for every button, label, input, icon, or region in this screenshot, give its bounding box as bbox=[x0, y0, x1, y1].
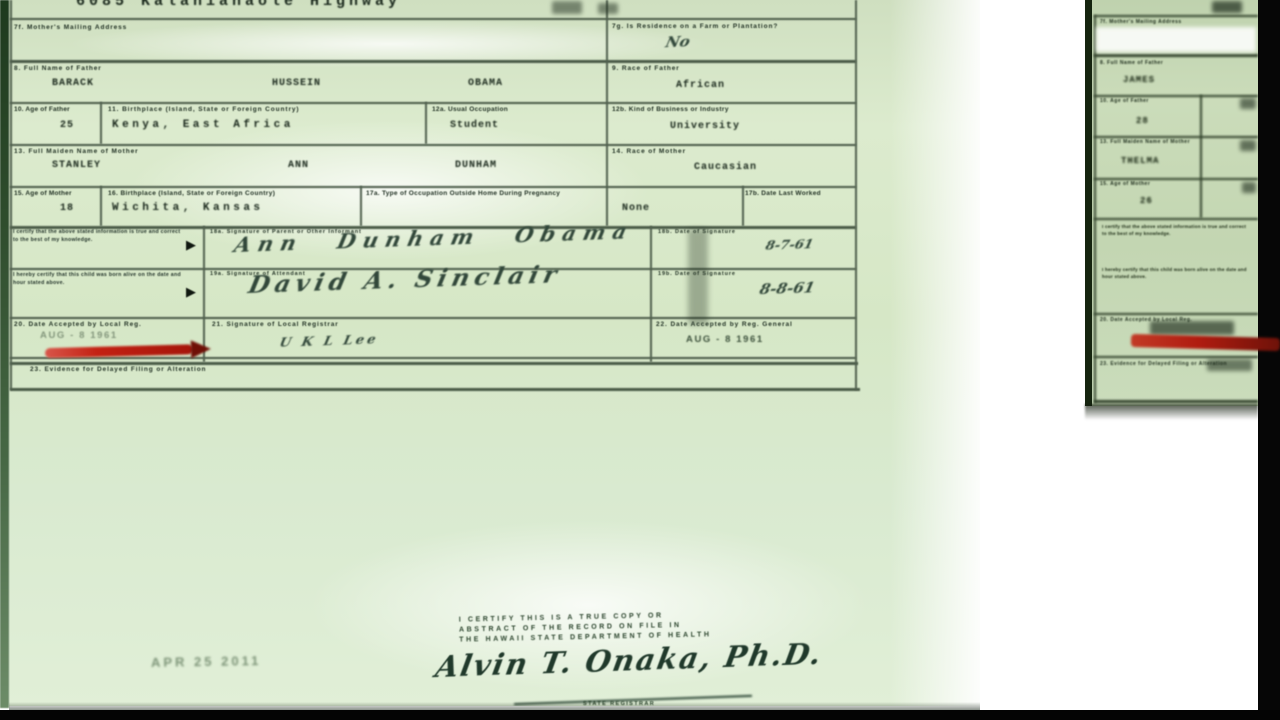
attendant-certification-text: I hereby certify that this child was bor… bbox=[13, 272, 187, 288]
field-label-mother-birthplace: 16. Birthplace (Island, State or Foreign… bbox=[108, 190, 275, 197]
field-label-mother-age: 15. Age of Mother bbox=[14, 190, 72, 197]
father-last-name: OBAMA bbox=[468, 78, 503, 89]
mother-age-value: 26 bbox=[1140, 196, 1153, 206]
field-label-father-name: 8. Full Name of Father bbox=[14, 65, 102, 72]
field-smudge bbox=[1240, 98, 1256, 109]
mother-birthplace-value: Wichita, Kansas bbox=[112, 202, 264, 214]
field-label-date-accepted-local: 20. Date Accepted by Local Reg. bbox=[14, 321, 142, 328]
field-label-mother-name: 13. Full Maiden Name of Mother bbox=[14, 148, 139, 155]
father-industry-value: University bbox=[670, 121, 740, 132]
field-label-evidence-delayed-filing: 23. Evidence for Delayed Filing or Alter… bbox=[30, 366, 206, 373]
father-first-name: JAMES bbox=[1123, 75, 1155, 85]
father-age-value: 25 bbox=[60, 120, 74, 131]
field-label-mother-occupation: 17a. Type of Occupation Outside Home Dur… bbox=[366, 190, 560, 197]
field-label-mothers-mailing-address: 7f. Mother's Mailing Address bbox=[14, 24, 127, 31]
farm-answer-handwriting: No bbox=[664, 32, 692, 51]
mother-last-name: DUNHAM bbox=[455, 160, 497, 171]
mother-occupation-value: None bbox=[622, 203, 650, 214]
field-label-date-last-worked: 17b. Date Last Worked bbox=[745, 190, 821, 197]
father-occupation-value: Student bbox=[450, 120, 499, 131]
red-arrow-head bbox=[191, 340, 211, 359]
video-frame: 6085 Kalanianaole Highway 7f. Mother's M… bbox=[0, 0, 1280, 720]
attendant-signature-handwriting: David A. Sinclair bbox=[246, 259, 565, 299]
field-smudge bbox=[1242, 182, 1256, 193]
field-label-father-industry: 12b. Kind of Business or Industry bbox=[612, 106, 729, 113]
certificate-number-smudge bbox=[1212, 1, 1242, 13]
attendant-date-handwriting: 8-8-61 bbox=[758, 278, 816, 298]
handwriting-smudge bbox=[598, 3, 618, 14]
local-registrar-signature-handwriting: U K L Lee bbox=[278, 333, 380, 351]
field-smudge bbox=[1240, 140, 1256, 151]
field-label-father-birthplace: 11. Birthplace (Island, State or Foreign… bbox=[108, 106, 299, 113]
field-label-father-name: 8. Full Name of Father bbox=[1100, 60, 1163, 66]
field-label-father-age: 10. Age of Father bbox=[14, 106, 70, 113]
stamp-bleed-smudge bbox=[688, 229, 708, 325]
red-arrow-shaft bbox=[45, 344, 193, 358]
father-middle-name: HUSSEIN bbox=[272, 78, 321, 89]
field-label-father-occupation: 12a. Usual Occupation bbox=[432, 106, 508, 113]
letterbox-bottom-bar bbox=[0, 710, 1280, 720]
arrow-marker-icon: ▶ bbox=[186, 238, 196, 251]
paper-bottom-shadow bbox=[9, 702, 980, 710]
comparison-doc-bottom-shadow bbox=[1085, 404, 1258, 420]
true-copy-certification-stamp: I CERTIFY THIS IS A TRUE COPY OR ABSTRAC… bbox=[459, 610, 712, 645]
reg-general-date-stamp: AUG - 8 1961 bbox=[686, 334, 764, 345]
field-label-mother-name: 13. Full Maiden Name of Mother bbox=[1100, 139, 1190, 145]
date-stamp-smudge bbox=[1150, 321, 1234, 335]
informant-date-handwriting: 8-7-61 bbox=[764, 237, 815, 254]
paper-edge-fade bbox=[890, 0, 980, 706]
street-address-value: 6085 Kalanianaole Highway bbox=[76, 0, 401, 10]
father-age-value: 28 bbox=[1136, 116, 1149, 126]
field-label-mothers-mailing-address: 7f. Mother's Mailing Address bbox=[1100, 19, 1182, 25]
mother-middle-name: ANN bbox=[288, 160, 309, 171]
attendant-certification-text: I hereby certify that this child was bor… bbox=[1102, 266, 1252, 280]
field-label-date-accepted-general: 22. Date Accepted by Reg. General bbox=[656, 321, 793, 328]
certification-date-stamp: APR 25 2011 bbox=[151, 653, 262, 670]
mother-age-value: 18 bbox=[60, 203, 74, 214]
field-label-mother-race: 14. Race of Mother bbox=[612, 148, 686, 155]
blank-field-highlight bbox=[1096, 27, 1256, 52]
field-label-farm-or-plantation: 7g. Is Residence on a Farm or Plantation… bbox=[612, 23, 778, 30]
informant-certification-text: I certify that the above stated informat… bbox=[1102, 223, 1252, 237]
letterbox-right-bar bbox=[1258, 0, 1280, 720]
field-label-local-registrar-signature: 21. Signature of Local Registrar bbox=[212, 321, 339, 328]
field-label-father-age: 10. Age of Father bbox=[1100, 98, 1149, 104]
mother-first-name: THELMA bbox=[1121, 156, 1159, 166]
scan-left-edge bbox=[0, 0, 9, 708]
mother-race-value: Caucasian bbox=[694, 162, 757, 173]
father-race-value: African bbox=[676, 80, 725, 91]
arrow-marker-icon: ▶ bbox=[186, 285, 196, 298]
field-label-father-race: 9. Race of Father bbox=[612, 65, 680, 72]
field-smudge bbox=[1207, 359, 1252, 371]
birth-certificate-document: 6085 Kalanianaole Highway 7f. Mother's M… bbox=[9, 0, 980, 706]
informant-certification-text: I certify that the above stated informat… bbox=[13, 229, 187, 245]
local-reg-date-stamp: AUG - 8 1961 bbox=[40, 330, 118, 341]
handwriting-smudge bbox=[552, 1, 582, 14]
father-first-name: BARACK bbox=[52, 78, 94, 89]
father-birthplace-value: Kenya, East Africa bbox=[112, 119, 294, 131]
field-label-mother-age: 15. Age of Mother bbox=[1100, 181, 1150, 187]
mother-first-name: STANLEY bbox=[52, 160, 101, 171]
